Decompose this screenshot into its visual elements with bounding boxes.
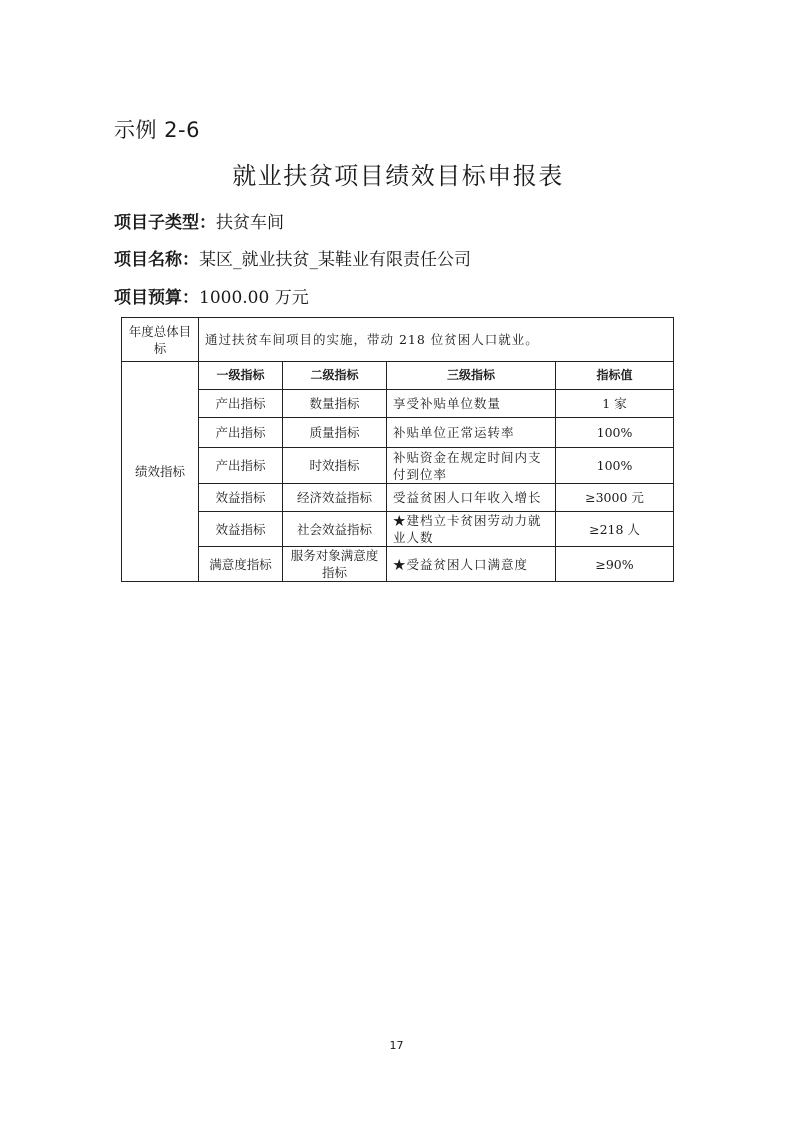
level1-cell: 效益指标 — [199, 512, 283, 547]
project-budget-value: 1000.00 万元 — [199, 288, 309, 308]
project-subtype: 项目子类型：扶贫车间 — [114, 208, 284, 233]
project-name: 项目名称：某区_就业扶贫_某鞋业有限责任公司 — [114, 245, 471, 270]
level2-cell: 质量指标 — [283, 418, 387, 448]
table-row: 产出指标 数量指标 享受补贴单位数量 1 家 — [122, 390, 674, 418]
value-cell: 100% — [556, 418, 674, 448]
level3-cell: 享受补贴单位数量 — [387, 390, 556, 418]
page-number: 17 — [0, 1039, 793, 1052]
level2-cell: 社会效益指标 — [283, 512, 387, 547]
level2-cell: 经济效益指标 — [283, 484, 387, 512]
value-cell: ≥90% — [556, 547, 674, 582]
project-subtype-label: 项目子类型： — [114, 213, 216, 233]
level3-cell: ★受益贫困人口满意度 — [387, 547, 556, 582]
value-cell: 100% — [556, 448, 674, 484]
value-cell: ≥218 人 — [556, 512, 674, 547]
level1-cell: 产出指标 — [199, 418, 283, 448]
header-level3: 三级指标 — [387, 362, 556, 390]
level1-cell: 产出指标 — [199, 448, 283, 484]
example-label: 示例 2-6 — [114, 114, 200, 144]
level1-cell: 效益指标 — [199, 484, 283, 512]
level2-cell: 数量指标 — [283, 390, 387, 418]
project-name-label: 项目名称： — [114, 250, 199, 270]
header-value: 指标值 — [556, 362, 674, 390]
level1-cell: 产出指标 — [199, 390, 283, 418]
header-row: 绩效指标 一级指标 二级指标 三级指标 指标值 — [122, 362, 674, 390]
project-subtype-value: 扶贫车间 — [216, 213, 284, 233]
table-row: 效益指标 经济效益指标 受益贫困人口年收入增长 ≥3000 元 — [122, 484, 674, 512]
document-title: 就业扶贫项目绩效目标申报表 — [0, 156, 793, 191]
annual-goal-row: 年度总体目标 通过扶贫车间项目的实施，带动 218 位贫困人口就业。 — [122, 318, 674, 362]
performance-indicator-label: 绩效指标 — [122, 362, 199, 582]
value-cell: 1 家 — [556, 390, 674, 418]
level1-cell: 满意度指标 — [199, 547, 283, 582]
project-budget: 项目预算：1000.00 万元 — [114, 283, 309, 308]
level3-cell: 补贴资金在规定时间内支付到位率 — [387, 448, 556, 484]
performance-goals-table: 年度总体目标 通过扶贫车间项目的实施，带动 218 位贫困人口就业。 绩效指标 … — [121, 317, 674, 582]
table-row: 效益指标 社会效益指标 ★建档立卡贫困劳动力就业人数 ≥218 人 — [122, 512, 674, 547]
level3-cell: 补贴单位正常运转率 — [387, 418, 556, 448]
value-cell: ≥3000 元 — [556, 484, 674, 512]
level2-cell: 时效指标 — [283, 448, 387, 484]
level3-cell: 受益贫困人口年收入增长 — [387, 484, 556, 512]
annual-goal-label: 年度总体目标 — [122, 318, 199, 362]
level2-cell: 服务对象满意度指标 — [283, 547, 387, 582]
table-row: 满意度指标 服务对象满意度指标 ★受益贫困人口满意度 ≥90% — [122, 547, 674, 582]
table-row: 产出指标 时效指标 补贴资金在规定时间内支付到位率 100% — [122, 448, 674, 484]
header-level2: 二级指标 — [283, 362, 387, 390]
document-title-text: 就业扶贫项目绩效目标申报表 — [232, 156, 564, 191]
annual-goal-value: 通过扶贫车间项目的实施，带动 218 位贫困人口就业。 — [199, 318, 674, 362]
project-name-value: 某区_就业扶贫_某鞋业有限责任公司 — [199, 250, 471, 270]
table-row: 产出指标 质量指标 补贴单位正常运转率 100% — [122, 418, 674, 448]
level3-cell: ★建档立卡贫困劳动力就业人数 — [387, 512, 556, 547]
project-budget-label: 项目预算： — [114, 288, 199, 308]
header-level1: 一级指标 — [199, 362, 283, 390]
